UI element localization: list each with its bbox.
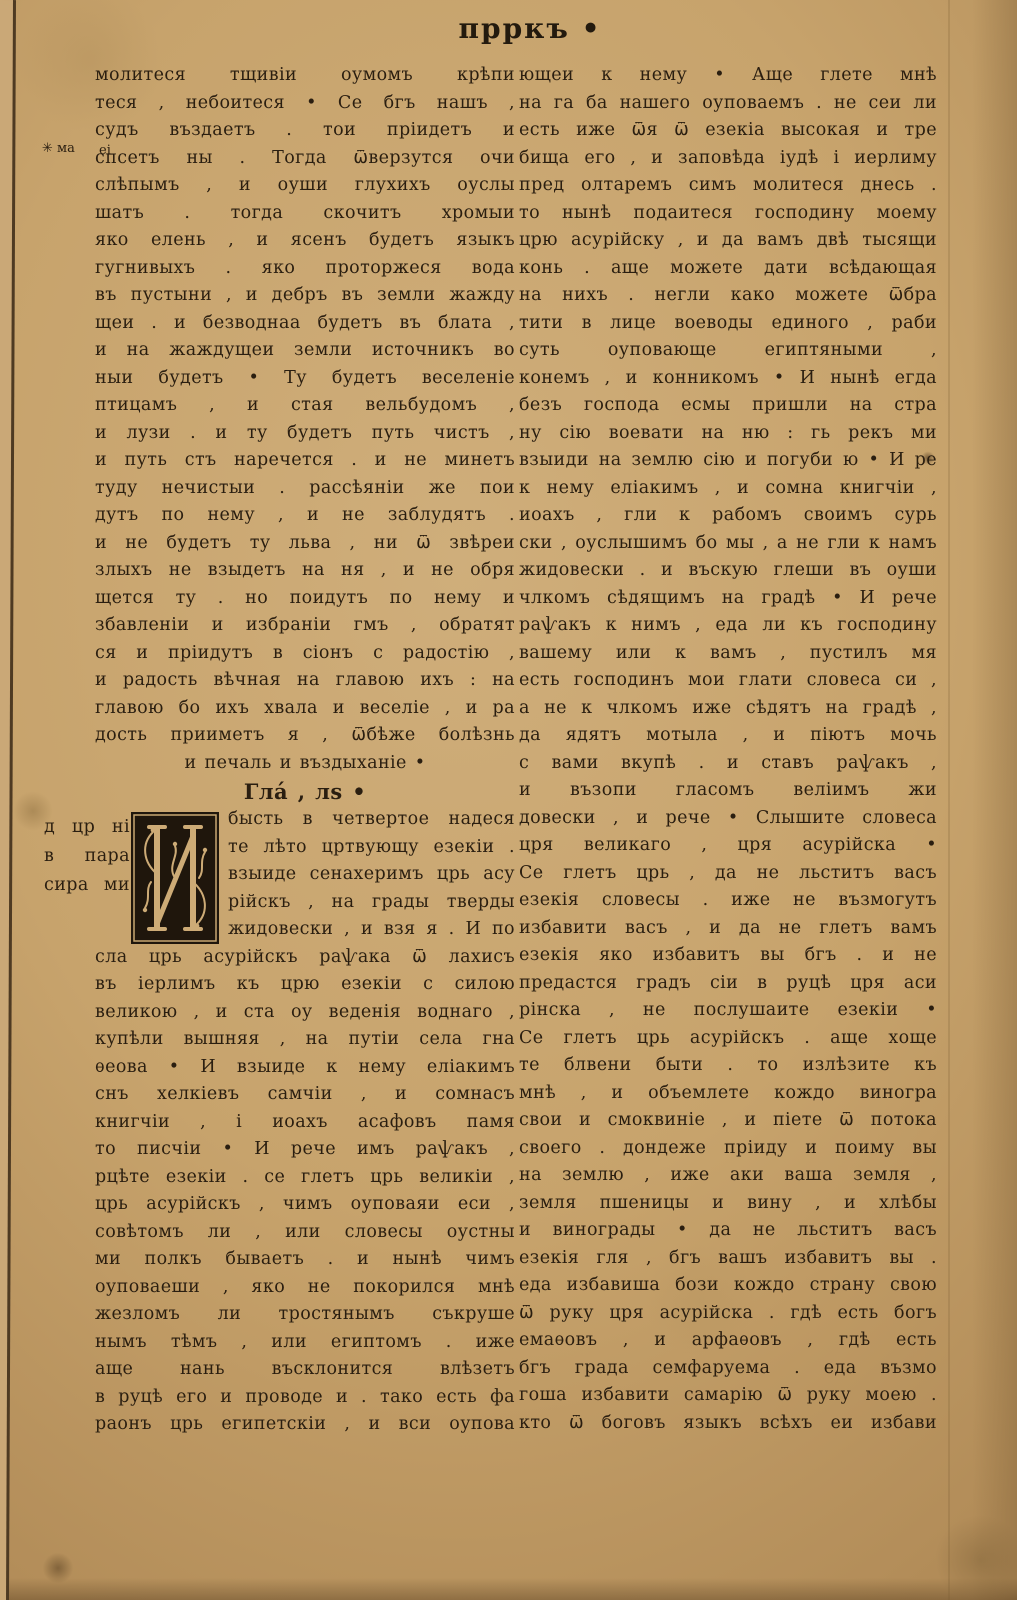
text-line: предастся градъ сіи в руцѣ цря аси (519, 970, 937, 998)
text-line: с вами вкупѣ . и ставъ раѱакъ , (519, 750, 937, 778)
text-line: те блвени быти . то излѣзите къ (519, 1052, 937, 1080)
text-line: емаѳовъ , и арфаѳовъ , гдѣ есть (519, 1327, 937, 1355)
text-line: мнѣ , и объемлете кождо виногра (519, 1080, 937, 1108)
text-line: бища его , и заповѣда іудѣ і иерлиму (519, 145, 937, 173)
text-line: на нихъ . негли како можете ѿбра (519, 282, 937, 310)
text-line: кто ѿ боговъ языкъ всѣхъ еи избави (519, 1410, 937, 1438)
text-line: цря великаго , цря асурійска • (519, 832, 937, 860)
text-line: и не будетъ ту льва , ни ѿ звѣреи (95, 530, 515, 558)
text-line: члкомъ сѣдящимъ на градѣ • И рече (519, 585, 937, 613)
text-line: конь . аще можете дати всѣдающая (519, 255, 937, 283)
text-line: снъ хелкіевъ самчіи , и сомнасъ (95, 1081, 515, 1109)
margin-note-reference: ✳ ма (42, 141, 75, 157)
text-line: то писчіи • И рече имъ раѱакъ , (95, 1136, 515, 1164)
text-line: безъ господа есмы пришли на стра (519, 392, 937, 420)
text-line: езекія гля , бгъ вашъ избавитъ вы . (519, 1245, 937, 1273)
text-line: езекія словесы . иже не възмогутъ (519, 887, 937, 915)
text-line: жезломъ ли тростянымъ съкруше (95, 1301, 515, 1329)
text-line: есть иже ѿя ѿ езекіа высокая и тре (519, 117, 937, 145)
text-line: туду нечистыи . рассѣяніи же пои (95, 475, 515, 503)
left-text-column: молитеся тщивіи оумомъ крѣпитеся , небои… (95, 62, 515, 1439)
text-line: злыхъ не взыдетъ на ня , и не обря (95, 557, 515, 585)
text-line: шатъ . тогда скочитъ хромыи (95, 200, 515, 228)
text-line: въ іерлимъ къ црю езекіи с силою (95, 971, 515, 999)
text-line: те лѣто цртвующу езекіи . (228, 834, 515, 862)
text-line: избавити васъ , и да не глетъ вамъ (519, 915, 937, 943)
text-line: и винограды • да не льститъ васъ (519, 1217, 937, 1245)
text-line: раѱакъ к нимъ , еда ли къ господину (519, 612, 937, 640)
text-line: на землю , иже аки ваша земля , (519, 1162, 937, 1190)
text-line: раонъ црь египетскіи , и вси оупова (95, 1411, 515, 1439)
text-line: црю асурійску , и да вамъ двѣ тысящи (519, 227, 937, 255)
text-line: и възопи гласомъ веліимъ жи (519, 777, 937, 805)
text-line: в руцѣ его и проводе и . тако есть фа (95, 1384, 515, 1412)
text-line: нымъ тѣмъ , или египтомъ . иже (95, 1329, 515, 1357)
running-title: прркъ • (0, 12, 1017, 45)
text-line: яко елень , и ясенъ будетъ языкъ (95, 227, 515, 255)
text-line: въ пустыни , и дебръ въ земли жажду (95, 282, 515, 310)
text-line: теся , небоитеся • Се бгъ нашъ , (95, 90, 515, 118)
book-page-scan: прркъ • ✳ ма еі д цр нів пара лвсира ми … (0, 0, 1017, 1600)
text-line: суть оуповающе египтяными , (519, 337, 937, 365)
text-line: земля пшеницы и вину , и хлѣбы (519, 1190, 937, 1218)
text-line: аще нань въсклонится влѣзетъ (95, 1356, 515, 1384)
text-line: судъ въздаетъ . тои пріидетъ и (95, 117, 515, 145)
text-line: бгъ града семфаруема . еда възмо (519, 1355, 937, 1383)
text-line: ѳеова • И взыиде к нему еліакимъ (95, 1054, 515, 1082)
text-line: дость прииметъ я , ѿбѣже болѣзнь (95, 722, 515, 750)
text-line: сла црь асурійскъ раѱака ѿ лахисъ (95, 944, 515, 972)
text-line: великою , и ста оу веденія воднаго , (95, 999, 515, 1027)
text-line: пред олтаремъ симъ молитеся днесь . (519, 172, 937, 200)
text-line: ну сію воевати на ню : гь рекъ ми (519, 420, 937, 448)
chapter-36-opening: бысть в четвертое надесяте лѣто цртвующу… (95, 806, 515, 1439)
text-line: и на жаждущеи земли источникъ во (95, 337, 515, 365)
text-line: конемъ , и конникомъ • И нынѣ егда (519, 365, 937, 393)
text-line: бысть в четвертое надеся (228, 806, 515, 834)
text-line: езекія яко избавитъ вы бгъ . и не (519, 942, 937, 970)
text-line: жидовески . и въскую глеши въ оуши (519, 557, 937, 585)
text-line: и радость вѣчная на главою ихъ : на (95, 667, 515, 695)
text-line: оуповаеши , яко не покорился мнѣ (95, 1274, 515, 1302)
text-line: рцѣте езекіи . се глетъ црь великіи , (95, 1164, 515, 1192)
text-line: ся и пріидутъ в сіонъ с радостію , (95, 640, 515, 668)
text-line: птицамъ , и стая вельбудомъ , (95, 392, 515, 420)
text-line: и путь стъ наречется . и не минетъ (95, 447, 515, 475)
text-line: взыиде сенахеримъ црь асу (228, 861, 515, 889)
text-line: црь асурійскъ , чимъ оуповаяи еси , (95, 1191, 515, 1219)
text-line: щется ту . но поидутъ по нему и (95, 585, 515, 613)
text-line: гугнивыхъ . яко проторжеся вода (95, 255, 515, 283)
right-text-column: ющеи к нему • Аще глете мнѣна га ба наше… (519, 62, 937, 1437)
text-line: щеи . и безводнаа будетъ въ блата , (95, 310, 515, 338)
text-line: и лузи . и ту будетъ путь чистъ , (95, 420, 515, 448)
text-line: тити в лице воеводы единого , раби (519, 310, 937, 338)
isaiah-36-text: ющеи к нему • Аще глете мнѣна га ба наше… (519, 62, 937, 1437)
text-line: жидовески , и взя я . И по (228, 916, 515, 944)
text-line: свои и смоквиніе , и піете ѿ потока (519, 1107, 937, 1135)
text-line: молитеся тщивіи оумомъ крѣпи (95, 62, 515, 90)
text-below-initial: сла црь асурійскъ раѱака ѿ лахисъвъ іерл… (95, 944, 515, 1439)
text-line: ски , оуслышимъ бо мы , а не гли к намъ (519, 530, 937, 558)
text-line: рійскъ , на грады тверды (228, 889, 515, 917)
text-line: к нему еліакимъ , и сомна книгчіи , (519, 475, 937, 503)
text-line: книгчіи , і иоахъ асафовъ памя (95, 1109, 515, 1137)
text-line: довески , и рече • Слышите словеса (519, 805, 937, 833)
text-line: слѣпымъ , и оуши глухихъ оуслы (95, 172, 515, 200)
text-line: взыиди на землю сію и погуби ю • И ре (519, 447, 937, 475)
text-line: да ядятъ мотыла , и піютъ мочь (519, 722, 937, 750)
verse-closing-line: и печаль и въздыханіе • (95, 750, 515, 778)
text-line: гоша избавити самарію ѿ руку моею . (519, 1382, 937, 1410)
isaiah-35-text: молитеся тщивіи оумомъ крѣпитеся , небои… (95, 62, 515, 750)
text-line: збавленіи и избраніи гмъ , обратят (95, 612, 515, 640)
text-line: на га ба нашего оуповаемъ . не сеи ли (519, 90, 937, 118)
text-line: есть господинъ мои глати словеса си , (519, 667, 937, 695)
paper-fold-line (948, 0, 950, 1600)
page-edge (0, 0, 16, 1600)
text-line: Се глетъ црь асурійскъ . аще хоще (519, 1025, 937, 1053)
text-line: совѣтомъ ли , или словесы оустны (95, 1219, 515, 1247)
text-line: то нынѣ подаитеся господину моему (519, 200, 937, 228)
text-line: вашему или к вамъ , пустилъ мя (519, 640, 937, 668)
text-line: еда избавиша бози кождо страну свою (519, 1272, 937, 1300)
text-line: а не к члкомъ иже сѣдятъ на градѣ , (519, 695, 937, 723)
text-line: ми полкъ бываетъ . и нынѣ чимъ (95, 1246, 515, 1274)
text-line: ѿ руку цря асурійска . гдѣ есть богъ (519, 1300, 937, 1328)
text-line: дутъ по нему , и не заблудятъ . (95, 502, 515, 530)
text-line: спсетъ ны . Тогда ѿверзутся очи (95, 145, 515, 173)
text-line: купѣли вышняя , на путіи села гна (95, 1026, 515, 1054)
text-line: ныи будетъ • Ту будетъ веселеніе (95, 365, 515, 393)
woodcut-initial-letter-icon (131, 812, 219, 944)
text-line: ющеи к нему • Аще глете мнѣ (519, 62, 937, 90)
chapter-heading: Гла́ , лѕ • (95, 777, 515, 806)
text-line: Се глетъ црь , да не льститъ васъ (519, 860, 937, 888)
text-line: главою бо ихъ хвала и веселіе , и ра (95, 695, 515, 723)
text-line: своего . дондеже пріиду и поиму вы (519, 1135, 937, 1163)
text-line: рінска , не послушаите езекіи • (519, 997, 937, 1025)
text-line: иоахъ , гли к рабомъ своимъ сурь (519, 502, 937, 530)
